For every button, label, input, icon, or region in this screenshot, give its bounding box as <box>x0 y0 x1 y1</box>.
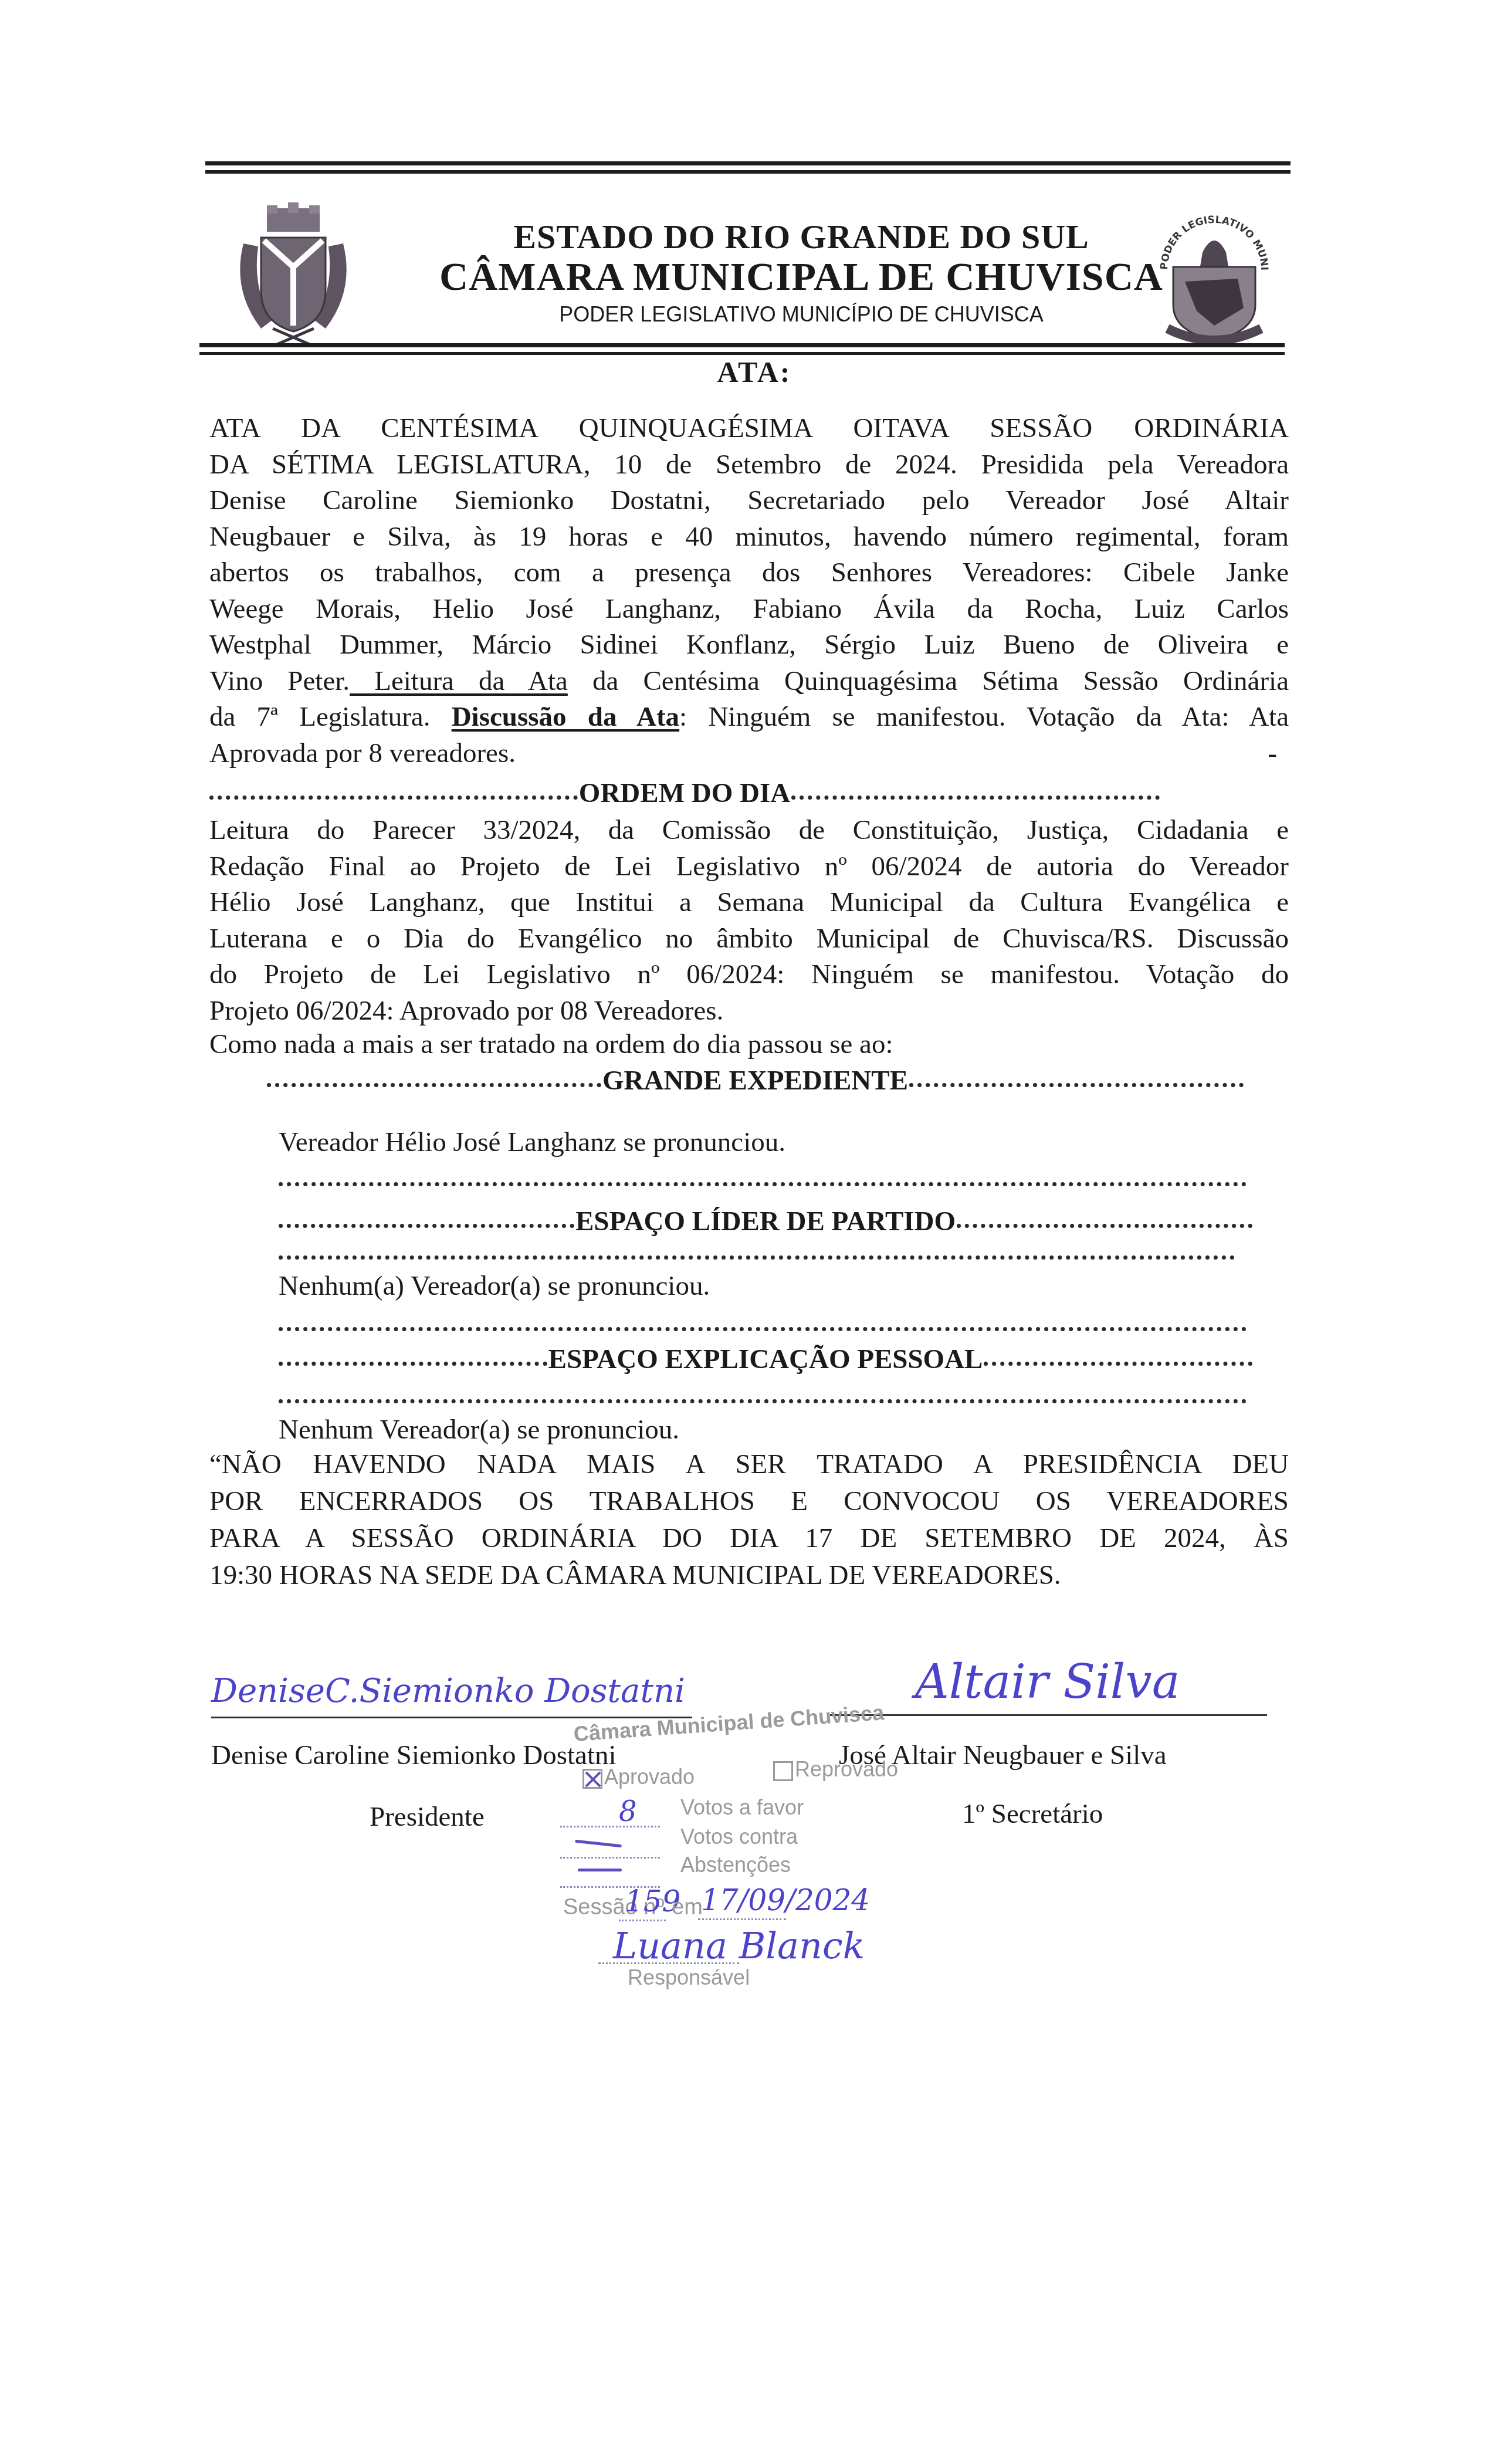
explicacao-pessoal-text: Nenhum Vereador(a) se pronunciou. <box>279 1414 679 1446</box>
responsible-label: Responsável <box>628 1965 750 1990</box>
intro-line-9: da 7ª Legislatura. Discussão da Ata: Nin… <box>209 699 1289 736</box>
closing-line: POR ENCERRADOS OS TRABALHOS E CONVOCOU O… <box>209 1483 1289 1520</box>
intro-paragraph: ATA DA CENTÉSIMA QUINQUAGÉSIMA OITAVA SE… <box>209 411 1289 771</box>
intro-line-10: Aprovada por 8 vereadores.- <box>209 736 1289 772</box>
president-handwritten-signature: DeniseC.Siemionko Dostatni <box>211 1672 685 1710</box>
approved-checkbox <box>582 1769 602 1789</box>
session-number-line <box>619 1920 666 1921</box>
approved-label: Aprovado <box>604 1765 695 1789</box>
rejected-label: Reprovado <box>795 1757 898 1782</box>
top-rule-2 <box>205 170 1291 174</box>
responsible-line <box>598 1962 739 1964</box>
abstentions-dash <box>578 1869 622 1871</box>
dash-right <box>957 1224 1252 1228</box>
section-ordem-do-dia: ORDEM DO DIA <box>209 777 1160 809</box>
votes-for-label: Votos a favor <box>680 1795 804 1820</box>
closing-line: “NÃO HAVENDO NADA MAIS A SER TRATADO A P… <box>209 1446 1289 1483</box>
dash-right <box>984 1362 1252 1366</box>
lider-partido-text: Nenhum(a) Vereador(a) se pronunciou. <box>279 1270 710 1302</box>
section-explicacao-pessoal: ESPAÇO EXPLICAÇÃO PESSOAL <box>279 1343 1252 1375</box>
section-title: ESPAÇO EXPLICAÇÃO PESSOAL <box>547 1343 984 1375</box>
ata-heading: ATA: <box>6 355 1497 389</box>
ordem-line-last: Projeto 06/2024: Aprovado por 08 Vereado… <box>209 993 1289 1030</box>
stray-mark: - <box>1268 736 1277 772</box>
intro-line: abertos os trabalhos, com a presença dos… <box>209 555 1289 591</box>
dash-right <box>791 796 1160 800</box>
president-role: Presidente <box>370 1801 485 1833</box>
date-label: em <box>672 1895 703 1920</box>
header-rule-1 <box>199 343 1285 347</box>
rejected-checkbox <box>773 1761 793 1781</box>
dash-left <box>279 1224 574 1228</box>
dash-right <box>909 1083 1244 1087</box>
section-title: ESPAÇO LÍDER DE PARTIDO <box>574 1206 957 1237</box>
closing-line: PARA A SESSÃO ORDINÁRIA DO DIA 17 DE SET… <box>209 1520 1289 1557</box>
section-title: ORDEM DO DIA <box>578 777 791 809</box>
intro-line-8: Vino Peter. Leitura da Ata da Centésima … <box>209 664 1289 700</box>
votes-against-label: Votos contra <box>680 1825 798 1849</box>
section-lider-partido: ESPAÇO LÍDER DE PARTIDO <box>279 1206 1252 1237</box>
votes-against-line <box>560 1857 660 1859</box>
ordem-line: Hélio José Langhanz, que Institui a Sema… <box>209 885 1289 921</box>
closing-paragraph: “NÃO HAVENDO NADA MAIS A SER TRATADO A P… <box>209 1446 1289 1594</box>
dash-left <box>279 1362 547 1366</box>
chamber-title: CÂMARA MUNICIPAL DE CHUVISCA <box>53 253 1497 300</box>
dash-left <box>209 796 578 800</box>
grande-expediente-text: Vereador Hélio José Langhanz se pronunci… <box>279 1126 785 1158</box>
closing-line: 19:30 HORAS NA SEDE DA CÂMARA MUNICIPAL … <box>209 1557 1289 1594</box>
dash-separator <box>279 1327 1247 1331</box>
top-rule-1 <box>205 161 1291 165</box>
intro-line: DA SÉTIMA LEGISLATURA, 10 de Setembro de… <box>209 447 1289 483</box>
intro-line: ATA DA CENTÉSIMA QUINQUAGÉSIMA OITAVA SE… <box>209 411 1289 447</box>
ordem-line: Luterana e o Dia do Evangélico no âmbito… <box>209 921 1289 957</box>
ordem-transition: Como nada a mais a ser tratado na ordem … <box>209 1029 1289 1060</box>
votes-against-dash <box>575 1840 622 1847</box>
abstentions-label: Abstenções <box>680 1853 791 1877</box>
ordem-do-dia-paragraph: Leitura do Parecer 33/2024, da Comissão … <box>209 813 1289 1060</box>
discussao-da-ata: Discussão da Ata <box>452 702 679 732</box>
chamber-subtitle: PODER LEGISLATIVO MUNICÍPIO DE CHUVISCA <box>53 302 1497 327</box>
check-x-icon <box>584 1771 602 1788</box>
intro-line: Neugbauer e Silva, às 19 horas e 40 minu… <box>209 519 1289 556</box>
section-grande-expediente: GRANDE EXPEDIENTE <box>267 1065 1244 1096</box>
state-title: ESTADO DO RIO GRANDE DO SUL <box>53 217 1497 256</box>
responsible-signature: Luana Blanck <box>613 1924 865 1967</box>
secretary-handwritten-signature: Altair Silva <box>915 1654 1180 1709</box>
ordem-line: Leitura do Parecer 33/2024, da Comissão … <box>209 813 1289 849</box>
president-name: Denise Caroline Siemionko Dostatni <box>211 1739 617 1771</box>
secretary-role: 1º Secretário <box>962 1798 1103 1830</box>
ordem-line: Redação Final ao Projeto de Lei Legislat… <box>209 849 1289 885</box>
secretary-signature-line <box>830 1714 1267 1716</box>
session-date: 17/09/2024 <box>701 1883 870 1917</box>
dash-left <box>267 1083 601 1087</box>
intro-line: Denise Caroline Siemionko Dostatni, Secr… <box>209 483 1289 519</box>
session-date-line <box>698 1918 786 1920</box>
section-title: GRANDE EXPEDIENTE <box>601 1065 909 1096</box>
dash-separator <box>279 1255 1235 1260</box>
votes-for-value: 8 <box>619 1795 637 1828</box>
votes-for-line <box>560 1826 660 1827</box>
leitura-da-ata-link: Leitura da Ata <box>350 666 568 696</box>
dash-separator <box>279 1399 1247 1403</box>
intro-line: Weege Morais, Helio José Langhanz, Fabia… <box>209 591 1289 628</box>
ordem-line: do Projeto de Lei Legislativo nº 06/2024… <box>209 957 1289 993</box>
intro-line: Westphal Dummer, Márcio Sidinei Konflanz… <box>209 627 1289 664</box>
poder-legislativo-seal-icon: PODER LEGISLATIVO MUNICIPAL <box>1150 205 1279 346</box>
dash-separator <box>279 1182 1247 1186</box>
